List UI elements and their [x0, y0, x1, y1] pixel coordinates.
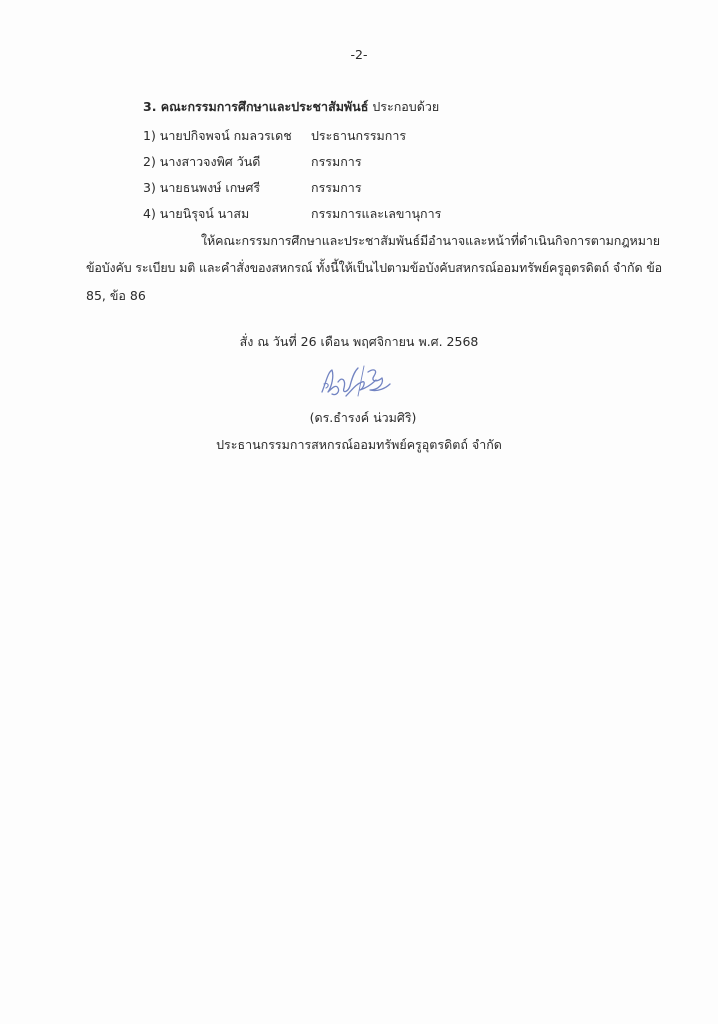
page-number: -2- — [0, 47, 718, 62]
member-name: 4) นายนิรุจน์ นาสม — [143, 204, 249, 224]
member-role: กรรมการ — [311, 152, 362, 172]
paragraph-line: 85, ข้อ 86 — [86, 286, 146, 306]
member-name: 1) นายปกิจพจน์ กมลวรเดช — [143, 126, 292, 146]
section-heading: 3. คณะกรรมการศึกษาและประชาสัมพันธ์ ประกอ… — [143, 97, 439, 117]
member-role: กรรมการ — [311, 178, 362, 198]
section-heading-title: 3. คณะกรรมการศึกษาและประชาสัมพันธ์ — [143, 99, 368, 114]
signer-name: (ดร.ธำรงค์ น่วมศิริ) — [0, 408, 718, 428]
paragraph-line: ข้อบังคับ ระเบียบ มติ และคำสั่งของสหกรณ์… — [86, 258, 662, 278]
document-page: -2- 3. คณะกรรมการศึกษาและประชาสัมพันธ์ ป… — [0, 0, 718, 1024]
member-name: 2) นางสาวจงพิศ วันดี — [143, 152, 260, 172]
signer-title: ประธานกรรมการสหกรณ์ออมทรัพย์ครูอุตรดิตถ์… — [0, 435, 718, 455]
member-role: กรรมการและเลขานุการ — [311, 204, 441, 224]
member-role: ประธานกรรมการ — [311, 126, 406, 146]
paragraph-line: ให้คณะกรรมการศึกษาและประชาสัมพันธ์มีอำนา… — [201, 231, 660, 251]
section-heading-suffix: ประกอบด้วย — [368, 99, 439, 114]
member-name: 3) นายธนพงษ์ เกษศรี — [143, 178, 260, 198]
order-date: สั่ง ณ วันที่ 26 เดือน พฤศจิกายน พ.ศ. 25… — [0, 332, 718, 352]
signature-icon — [318, 362, 396, 404]
